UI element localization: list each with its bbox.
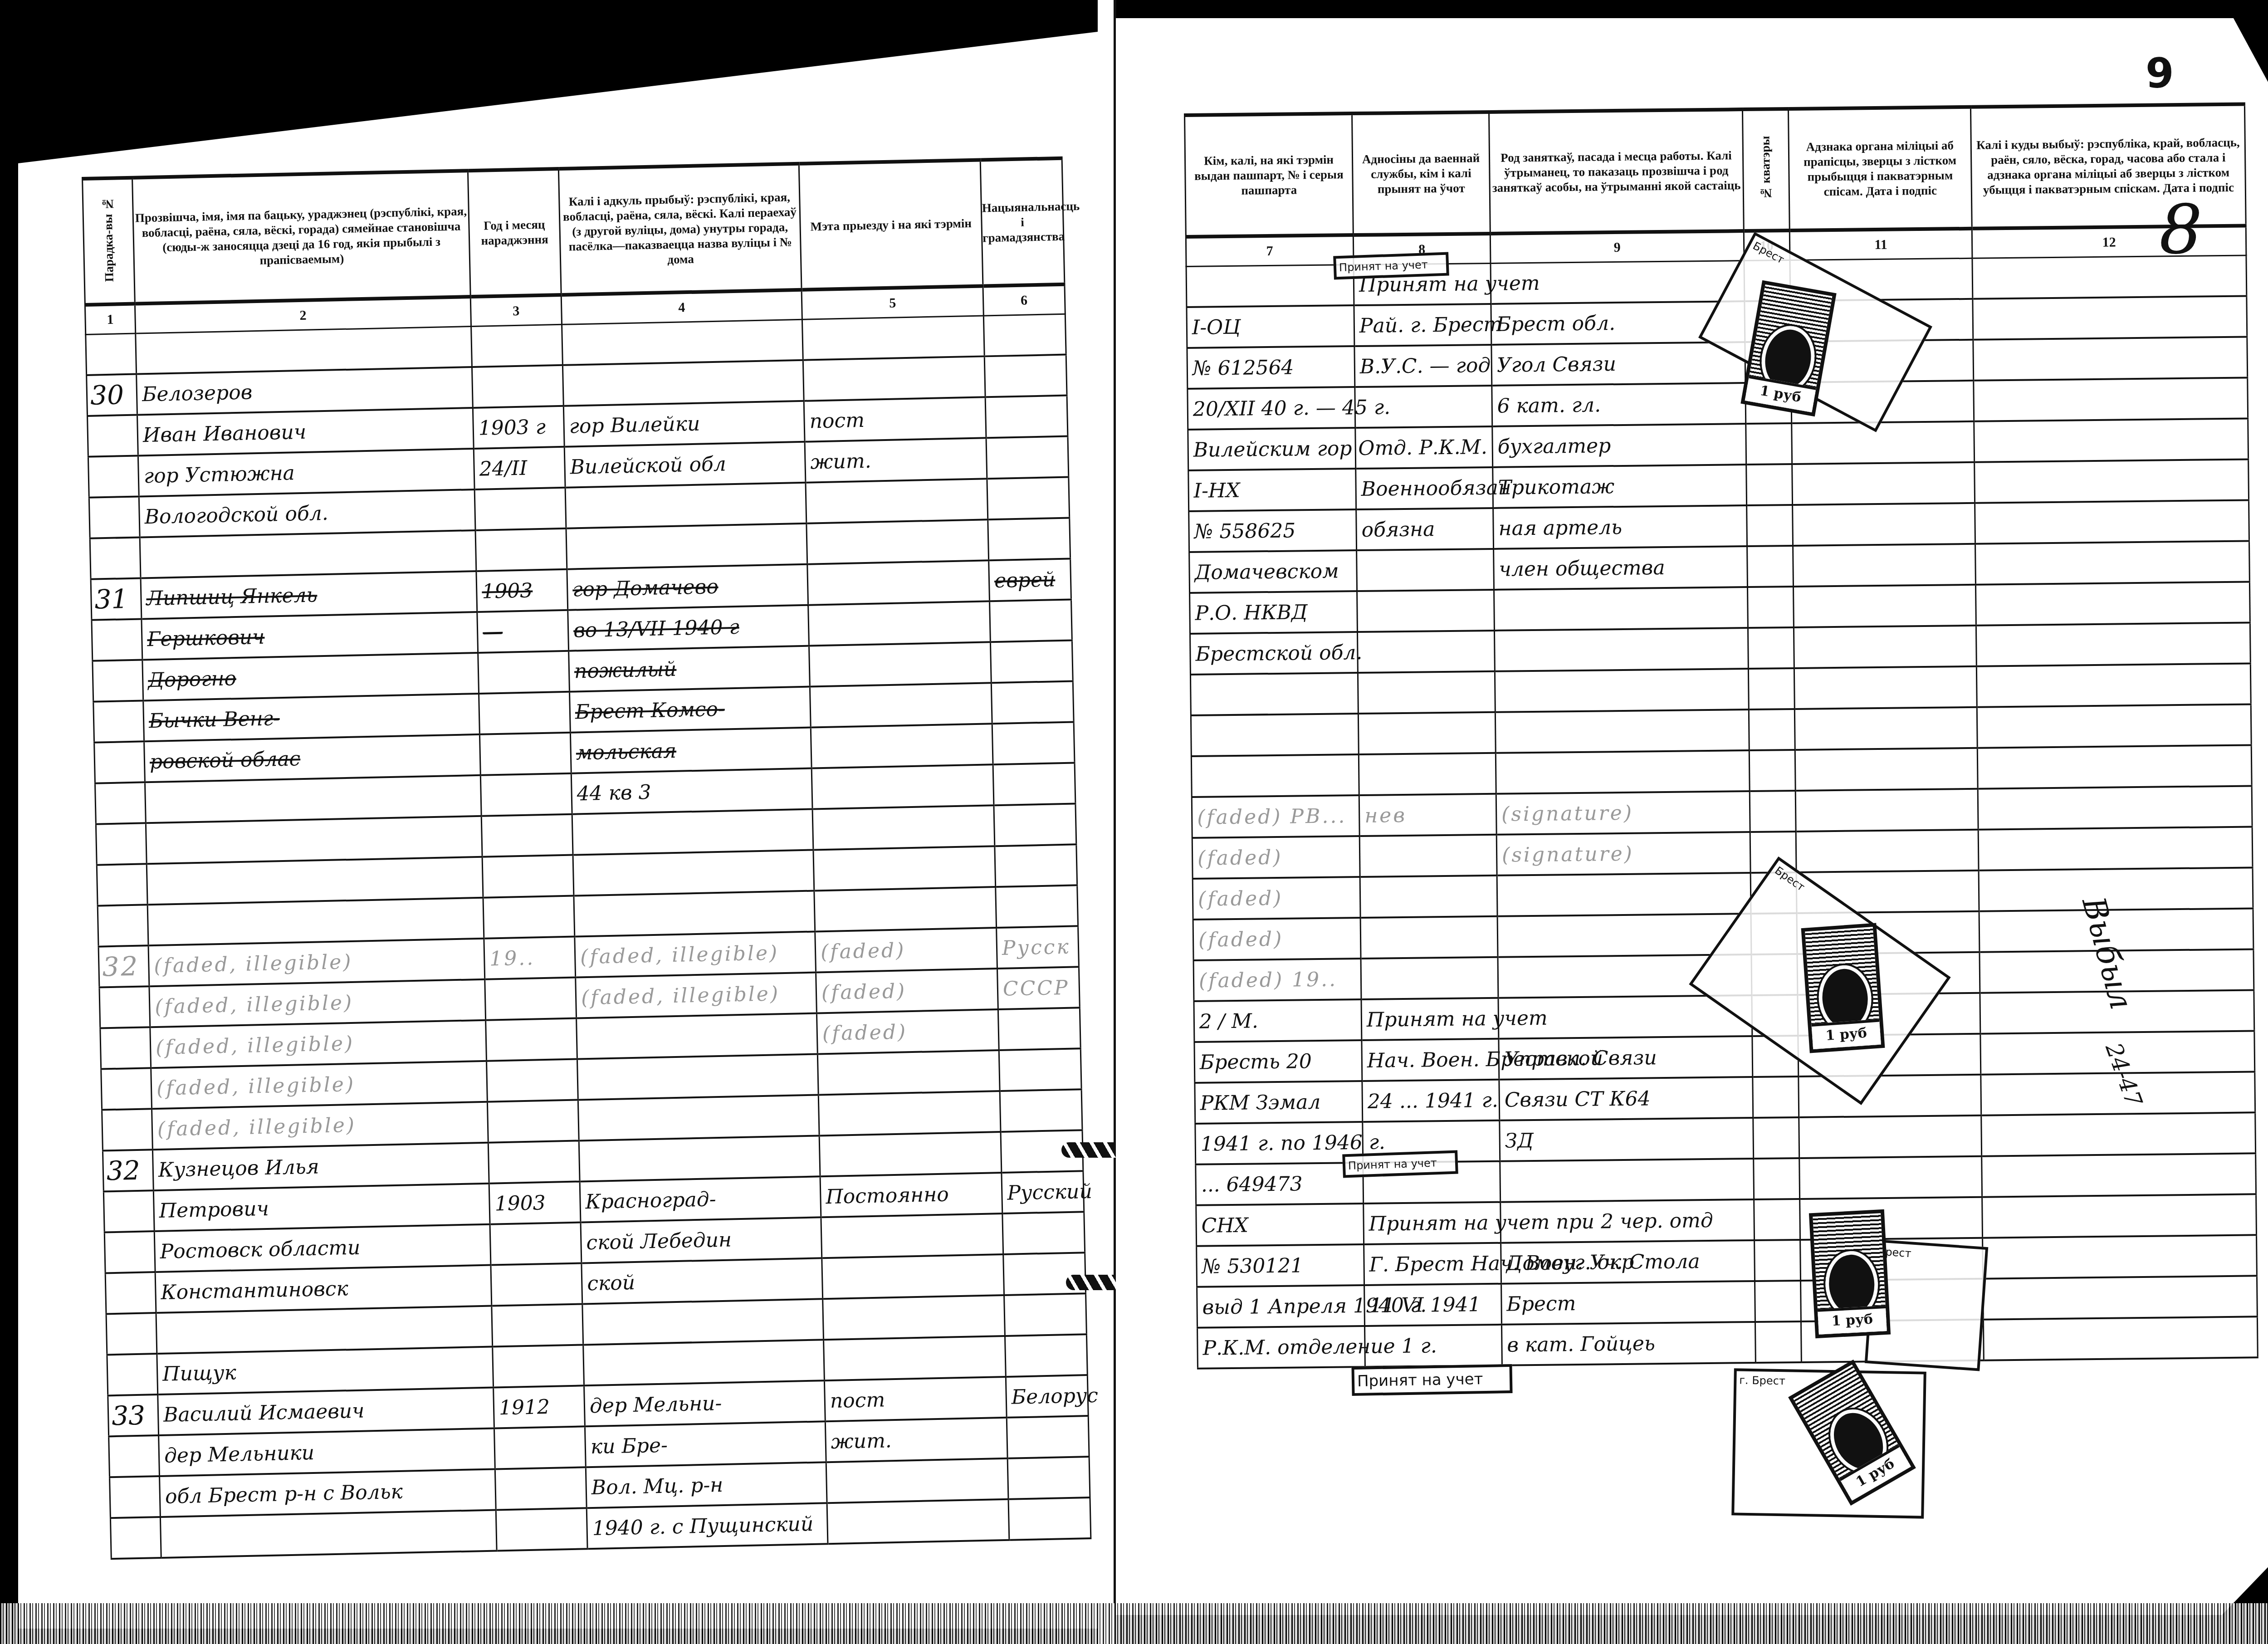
table-cell-c11 <box>1793 544 1975 587</box>
table-cell-c7: № 612564 <box>1187 346 1355 389</box>
table-cell-c4 <box>566 524 807 569</box>
table-cell-c12 <box>1975 459 2249 503</box>
table-cell-c3: — <box>477 610 569 653</box>
table-cell-c4 <box>572 809 813 855</box>
table-cell-c2: Липшиц Янкель <box>141 571 477 619</box>
table-cell-c3 <box>472 365 563 408</box>
table-cell-c8: Военнообязан <box>1356 467 1493 509</box>
table-cell-c3: 1903 г <box>473 406 564 449</box>
table-cell-no <box>90 537 141 579</box>
table-cell-c3 <box>492 1304 583 1346</box>
table-cell-c3: 1903 <box>489 1181 581 1224</box>
table-cell-no <box>109 1435 160 1477</box>
left-register-table: Парадка-вы № Прозвішча, імя, імя па баць… <box>82 157 1091 1560</box>
table-cell-c12 <box>1984 1316 2258 1360</box>
table-cell-c2: (faded, illegible) <box>149 979 486 1027</box>
table-cell-c7: Вилейским гор Отд. Р.К.М. <box>1188 428 1356 470</box>
table-cell-c10 <box>1746 464 1793 505</box>
table-cell-c7: (faded) <box>1193 877 1360 920</box>
table-cell-c11 <box>1792 503 1975 546</box>
table-cell-c2 <box>156 1306 493 1354</box>
table-cell-c4: ки Бре- <box>585 1421 826 1467</box>
table-cell-c9: Домоуг. окр <box>1501 1240 1755 1284</box>
table-cell-c9 <box>1495 669 1749 712</box>
table-cell-c9: Связи СТ К64 <box>1499 1077 1753 1120</box>
table-cell-no <box>88 456 139 498</box>
table-cell-c12 <box>1976 622 2251 666</box>
table-cell-c2 <box>145 775 481 823</box>
table-cell-c9: (signature) <box>1496 832 1750 876</box>
table-cell-c4: Брест Комсо- <box>569 687 811 733</box>
table-cell-c6 <box>985 396 1068 438</box>
table-cell-c4: Вилейской обл <box>564 442 806 488</box>
table-cell-c3 <box>482 855 574 898</box>
table-cell-c4: Вол. Мц. р-н <box>586 1462 827 1508</box>
table-cell-c12 <box>1975 500 2249 543</box>
table-cell-c8 <box>1357 590 1495 632</box>
table-cell-c6 <box>999 1048 1081 1091</box>
table-cell-c7: 2 / М. <box>1194 999 1362 1042</box>
table-cell-no <box>101 1068 152 1110</box>
table-cell-c3 <box>481 814 573 857</box>
table-cell-c6 <box>993 763 1075 805</box>
table-cell-no <box>104 1231 155 1273</box>
table-cell-c4: дер Мельни- <box>584 1380 826 1426</box>
table-cell-c3: 19.. <box>484 937 576 979</box>
table-cell-c2: Дорогно <box>142 653 479 700</box>
table-cell-c2: Гершкович <box>142 612 478 660</box>
table-cell-c3 <box>479 692 571 734</box>
right-register-table: Кім, калі, на які тэрмін выдан пашпарт, … <box>1184 102 2258 1369</box>
table-cell-c6 <box>998 1008 1080 1050</box>
table-cell-c7: ... 649473 <box>1196 1163 1364 1205</box>
table-cell-no <box>94 741 145 783</box>
left-page: Парадка-вы № Прозвішча, імя, імя па баць… <box>18 32 1098 1629</box>
table-cell-no <box>97 864 147 905</box>
table-cell-c7 <box>1191 714 1359 756</box>
table-cell-c6 <box>987 477 1070 520</box>
table-cell-c12 <box>1978 786 2252 829</box>
table-cell-c11 <box>1793 585 1976 627</box>
table-cell-c2: Ростовск области <box>154 1224 491 1272</box>
table-cell-c6 <box>990 600 1072 642</box>
table-cell-c2: Иван Иванович <box>137 408 474 455</box>
table-cell-c8: Нач. Воен. Брестской <box>1362 1039 1499 1081</box>
table-cell-no: 32 <box>98 945 149 987</box>
table-cell-c8 <box>1359 835 1497 877</box>
table-cell-c3 <box>493 1345 584 1387</box>
table-cell-c5: жит. <box>805 438 987 482</box>
col-number: 3 <box>470 295 562 327</box>
table-cell-no <box>98 905 148 946</box>
table-cell-c8 <box>1357 631 1495 673</box>
table-cell-c12 <box>1974 418 2248 462</box>
table-cell-c12 <box>1981 1112 2256 1156</box>
table-cell-c3 <box>478 651 570 694</box>
table-cell-c6 <box>1008 1497 1091 1540</box>
table-cell-c7 <box>1191 754 1359 797</box>
header-row: Парадка-вы № Прозвішча, імя, імя па баць… <box>83 158 1065 305</box>
table-cell-no <box>107 1354 158 1395</box>
table-cell-c8 <box>1358 712 1496 754</box>
table-cell-c7: I-НХ <box>1188 469 1356 511</box>
table-cell-c4 <box>577 1054 818 1100</box>
table-cell-c5 <box>819 1132 1002 1176</box>
table-cell-c3 <box>494 1426 586 1469</box>
table-cell-c12 <box>1978 827 2253 870</box>
table-cell-c6: Русский <box>1002 1171 1084 1213</box>
table-cell-c9 <box>1495 709 1749 753</box>
table-cell-c4 <box>577 1013 818 1059</box>
header-nationality: Нацыянальнасць і грамадзянства <box>980 158 1065 286</box>
printed-page-number: 9 <box>2146 50 2174 98</box>
col-number: 6 <box>983 284 1065 316</box>
table-cell-c9: в кат. Гойцеь <box>1501 1322 1755 1365</box>
header-full-name: Прозвішча, імя, імя па бацьку, ураджэнец… <box>132 171 471 303</box>
table-cell-c7 <box>1186 265 1354 307</box>
table-cell-c6 <box>984 355 1067 397</box>
table-cell-c2: Петрович <box>153 1184 490 1231</box>
table-cell-c6 <box>1004 1293 1087 1336</box>
header-row: Кім, калі, на які тэрмін выдан пашпарт, … <box>1185 104 2246 237</box>
header-occupation: Род заняткаў, пасада і месца работы. Кал… <box>1489 109 1744 234</box>
table-cell-c11 <box>1796 830 1979 872</box>
table-cell-c6 <box>1007 1416 1089 1458</box>
header-apartment-number: № кватэры <box>1742 109 1789 231</box>
col-number: 9 <box>1490 231 1744 263</box>
table-cell-c3 <box>487 1100 579 1143</box>
table-cell-c5 <box>821 1213 1003 1258</box>
table-cell-c12 <box>1982 1194 2257 1238</box>
table-cell-no <box>86 333 137 375</box>
table-cell-c4 <box>565 483 807 528</box>
table-cell-c5 <box>807 560 990 605</box>
table-cell-c12 <box>1973 337 2248 380</box>
table-cell-c8: Рай. г. Брест <box>1354 304 1491 346</box>
table-cell-c2: Белозеров <box>137 367 473 415</box>
table-cell-c6 <box>991 681 1074 724</box>
table-cell-c6: Русск <box>997 926 1079 969</box>
col-number: 5 <box>802 286 983 319</box>
table-cell-c12 <box>1983 1235 2257 1278</box>
right-table-body: Принят на учетI-ОЦРай. г. БрестБрест обл… <box>1186 255 2258 1369</box>
table-cell-c8 <box>1361 957 1498 999</box>
table-cell-c6 <box>1002 1212 1085 1254</box>
table-cell-c5: жит. <box>825 1418 1007 1462</box>
table-cell-c7: I-ОЦ <box>1187 305 1354 348</box>
table-cell-c8 <box>1359 753 1496 795</box>
table-cell-c12 <box>1973 296 2247 339</box>
table-cell-c4 <box>578 1095 819 1140</box>
table-cell-c9: Брест <box>1501 1281 1755 1325</box>
table-cell-c5: (faded) <box>816 969 998 1013</box>
table-cell-c11 <box>1794 707 1977 750</box>
table-cell-c5 <box>824 1336 1006 1380</box>
table-cell-c2: ровской облас <box>144 734 481 782</box>
table-cell-c2: Бычки Венг- <box>143 694 480 741</box>
table-cell-c11 <box>1794 626 1976 668</box>
table-cell-c6: еврей <box>989 559 1071 602</box>
table-cell-c12 <box>1972 255 2247 299</box>
table-cell-c9 <box>1497 873 1751 916</box>
registration-stamp: Принят на учет <box>1342 1150 1458 1178</box>
table-cell-c2 <box>146 816 482 864</box>
table-cell-no <box>89 497 140 538</box>
table-cell-c6 <box>996 885 1078 928</box>
table-cell-c2: обл Брест р-н с Вольк <box>160 1469 496 1517</box>
table-cell-no: 32 <box>103 1150 153 1191</box>
table-cell-c3: 24/II <box>474 447 565 489</box>
table-cell-c5: пост <box>824 1377 1007 1421</box>
table-cell-c10 <box>1748 668 1794 709</box>
table-cell-c10 <box>1747 546 1794 587</box>
table-cell-c4: Красноград- <box>580 1176 821 1222</box>
col-number: 4 <box>561 290 802 325</box>
table-cell-c5 <box>810 683 992 727</box>
table-cell-c9: ная артель <box>1493 505 1747 549</box>
table-cell-no: 30 <box>87 374 137 416</box>
table-cell-c7: № 530121 <box>1197 1244 1364 1287</box>
table-cell-c4 <box>574 891 815 937</box>
table-cell-c7: (faded) РВ... <box>1192 795 1359 838</box>
table-cell-c2: (faded, illegible) <box>152 1102 489 1150</box>
table-cell-c7: РКМ Зэмал <box>1195 1081 1363 1124</box>
table-cell-c5 <box>817 1050 1000 1095</box>
table-cell-c3 <box>488 1141 580 1184</box>
table-cell-c3 <box>491 1263 582 1306</box>
table-cell-c2: Кузнецов Илья <box>152 1143 489 1190</box>
table-cell-c8 <box>1360 876 1497 918</box>
table-cell-c4 <box>562 360 804 406</box>
table-cell-c4: гор Вилейки <box>563 401 805 447</box>
table-cell-c6 <box>1007 1457 1090 1499</box>
table-cell-c2: (faded, illegible) <box>150 1020 487 1068</box>
table-cell-no <box>110 1517 161 1559</box>
table-cell-c11 <box>1799 1116 1981 1158</box>
table-cell-c2: Вологодской обл. <box>139 489 475 537</box>
table-cell-c5: Постоянно <box>820 1173 1002 1217</box>
table-cell-c8: 11 VI 1941 <box>1364 1284 1502 1326</box>
table-cell-c5 <box>813 846 996 890</box>
table-cell-c4: пожилый <box>569 646 810 692</box>
table-cell-c7: Домачевском <box>1189 550 1357 593</box>
table-cell-c6 <box>1000 1089 1082 1132</box>
table-cell-c4: ской Лебедин <box>581 1217 822 1263</box>
table-cell-c11 <box>1798 1075 1981 1117</box>
table-cell-c3 <box>480 773 572 816</box>
table-cell-c4: мольская <box>570 728 811 773</box>
table-cell-c7: (faded) <box>1192 836 1360 879</box>
table-cell-c3: 1903 <box>476 569 568 612</box>
table-cell-c5 <box>806 479 988 523</box>
table-cell-c9 <box>1500 1159 1754 1202</box>
table-cell-c7: (faded) 19.. <box>1193 959 1361 1001</box>
table-cell-c8 <box>1357 549 1494 591</box>
table-cell-c7: (faded) <box>1193 918 1361 960</box>
table-cell-c11 <box>1795 748 1978 791</box>
table-cell-c6 <box>986 436 1069 479</box>
col-number: 11 <box>1789 229 1972 260</box>
table-cell-c12 <box>1979 867 2253 911</box>
table-cell-c5 <box>803 356 985 401</box>
table-cell-c2 <box>136 327 472 374</box>
table-cell-c3 <box>479 733 571 775</box>
table-cell-c10 <box>1754 1199 1800 1240</box>
table-cell-c5 <box>818 1091 1001 1135</box>
table-cell-c8: Г. Брест Нач. Воен. Уч. Стола <box>1364 1243 1501 1285</box>
table-cell-c2 <box>147 857 483 905</box>
table-cell-c8: обязна <box>1356 508 1494 550</box>
table-cell-c2: дер Мельники <box>159 1429 495 1476</box>
table-cell-c9 <box>1494 628 1748 671</box>
table-cell-c4 <box>582 1299 824 1345</box>
right-page: 9 8 Кім, калі, на які тэрмін выдан пашпа… <box>1116 18 2268 1615</box>
table-cell-c10 <box>1755 1240 1801 1281</box>
table-cell-c4 <box>579 1135 820 1181</box>
table-cell-c6 <box>983 314 1066 356</box>
header-arrival: Калі і адкуль прыбыў: рэспублікі, края, … <box>558 164 802 295</box>
table-cell-no <box>106 1313 157 1355</box>
table-cell-no <box>100 1027 151 1069</box>
table-cell-c4: во 13/VII 1940 г <box>568 605 809 651</box>
table-cell-c3 <box>495 1467 587 1510</box>
table-cell-c9: (signature) <box>1496 791 1750 835</box>
table-cell-no <box>95 782 146 824</box>
col-number: 12 <box>1972 225 2246 258</box>
table-cell-c7: Бресть 20 <box>1194 1040 1362 1083</box>
table-cell-c5 <box>827 1499 1009 1544</box>
table-cell-c5 <box>808 601 991 646</box>
table-cell-c8: Принят на учет <box>1361 998 1499 1040</box>
table-cell-c7 <box>1190 673 1358 715</box>
table-cell-c12 <box>1977 704 2251 748</box>
header-birth-date: Год і месяц нараджэння <box>468 169 561 297</box>
table-cell-c2: Пищук <box>157 1347 494 1394</box>
table-cell-c8: Принят на учет при 2 чер. отд <box>1364 1202 1501 1244</box>
table-cell-c9: Угол Связи <box>1491 342 1745 386</box>
table-cell-c8 <box>1358 671 1495 714</box>
table-cell-c7: 20/XII 40 г. — 45 г. <box>1188 387 1355 430</box>
table-cell-c4: ской <box>582 1258 823 1304</box>
table-cell-c4 <box>583 1340 825 1385</box>
header-departure: Калі і куды выбыў: рэспубліка, край, воб… <box>1971 104 2246 229</box>
table-cell-c10 <box>1747 587 1794 628</box>
table-cell-c5 <box>809 642 991 686</box>
table-cell-c3 <box>471 324 563 367</box>
revenue-stamp-icon: 1 руб <box>1801 923 1885 1053</box>
left-table-body: 30БелозеровИван Иванович1903 ггор Вилейк… <box>86 314 1091 1559</box>
table-cell-c9: ЗД <box>1500 1118 1754 1161</box>
table-cell-c2 <box>147 898 484 945</box>
table-cell-c10 <box>1750 791 1796 832</box>
table-cell-c12 <box>1974 377 2248 421</box>
table-cell-c2: Константиновск <box>155 1265 492 1313</box>
table-cell-c7: выд 1 Апреля 1940 г. <box>1197 1285 1365 1328</box>
table-cell-c8: 24 ... 1941 г. <box>1362 1080 1500 1122</box>
table-cell-c12 <box>1983 1276 2258 1319</box>
table-cell-c10 <box>1753 1076 1799 1118</box>
header-military-service: Адносіны да ваеннай службы, кім і калі п… <box>1352 112 1491 235</box>
table-cell-c5 <box>826 1458 1008 1503</box>
table-cell-c11 <box>1791 421 1974 464</box>
scan-edge-noise <box>0 1603 2268 1644</box>
table-cell-c3 <box>496 1508 587 1551</box>
registration-stamp: Принят на учет <box>1333 252 1449 280</box>
table-cell-c9: Управл. Связи <box>1499 1036 1753 1080</box>
table-cell-c5 <box>807 519 989 564</box>
table-cell-c11 <box>1795 789 1978 832</box>
table-cell-c4: 44 кв 3 <box>571 768 812 814</box>
table-cell-c3 <box>483 896 575 939</box>
table-cell-c6 <box>992 722 1075 764</box>
table-cell-no <box>93 700 144 742</box>
table-cell-c4: 1940 г. с Пущинский <box>587 1503 828 1549</box>
table-cell-c4: гор Домачево <box>567 564 808 610</box>
table-cell-no: 31 <box>91 578 142 620</box>
table-cell-c12 <box>1976 663 2251 707</box>
table-cell-c5 <box>822 1254 1004 1299</box>
table-cell-c9: член общества <box>1493 546 1747 590</box>
table-cell-c7: Р.О. НКВД <box>1190 591 1358 634</box>
table-cell-c2 <box>140 530 476 578</box>
table-cell-c5: (faded) <box>816 1009 999 1054</box>
table-cell-c6: СССР <box>997 967 1080 1009</box>
table-cell-c4 <box>573 850 814 896</box>
table-cell-c2 <box>160 1510 497 1558</box>
table-cell-no <box>99 986 150 1028</box>
table-cell-no <box>93 660 143 701</box>
book-spine <box>1098 0 1116 1644</box>
table-cell-c3 <box>485 978 577 1020</box>
table-cell-c10 <box>1753 1117 1799 1159</box>
table-cell-c6 <box>994 803 1076 846</box>
col-number: 1 <box>85 304 135 335</box>
table-cell-c9: 6 кат. гл. <box>1492 383 1746 426</box>
table-cell-c3 <box>490 1222 582 1265</box>
table-cell-c10 <box>1748 627 1794 669</box>
table-cell-c10 <box>1755 1321 1801 1363</box>
table-cell-c3 <box>487 1059 578 1102</box>
header-order-number: Парадка-вы № <box>83 178 135 305</box>
table-cell-no <box>102 1109 153 1150</box>
table-cell-c5 <box>811 724 993 768</box>
revenue-stamp-icon: 1 руб <box>1809 1209 1891 1338</box>
registration-stamp: Принят на учет <box>1351 1364 1512 1396</box>
table-cell-c5: (faded) <box>815 928 997 972</box>
table-cell-c9 <box>1494 587 1748 631</box>
table-cell-c12 <box>1975 541 2250 584</box>
table-cell-c12 <box>1982 1153 2256 1197</box>
table-cell-c5: пост <box>804 397 986 441</box>
table-cell-no <box>105 1272 156 1314</box>
table-cell-c2: (faded, illegible) <box>151 1061 488 1109</box>
header-registration-mark: Адзнака органа міліцыі аб прапісцы, звер… <box>1788 107 1972 230</box>
table-cell-no <box>96 823 147 865</box>
table-cell-c10 <box>1746 423 1792 465</box>
table-cell-no <box>110 1476 161 1518</box>
table-cell-c4: (faded, illegible) <box>576 972 817 1018</box>
table-cell-c7: 1941 г. по 1946 г. <box>1195 1122 1363 1164</box>
table-cell-no: 33 <box>108 1394 159 1436</box>
table-cell-c3 <box>475 528 567 571</box>
table-cell-c7: Брестской обл. <box>1190 632 1358 675</box>
col-number: 7 <box>1186 235 1354 266</box>
table-cell-c10 <box>1754 1158 1800 1199</box>
table-cell-c7: Р.К.М. отделение 1 г. <box>1198 1326 1365 1369</box>
table-cell-c10 <box>1749 709 1795 750</box>
table-cell-c6 <box>995 844 1077 887</box>
table-cell-c5 <box>823 1295 1005 1340</box>
